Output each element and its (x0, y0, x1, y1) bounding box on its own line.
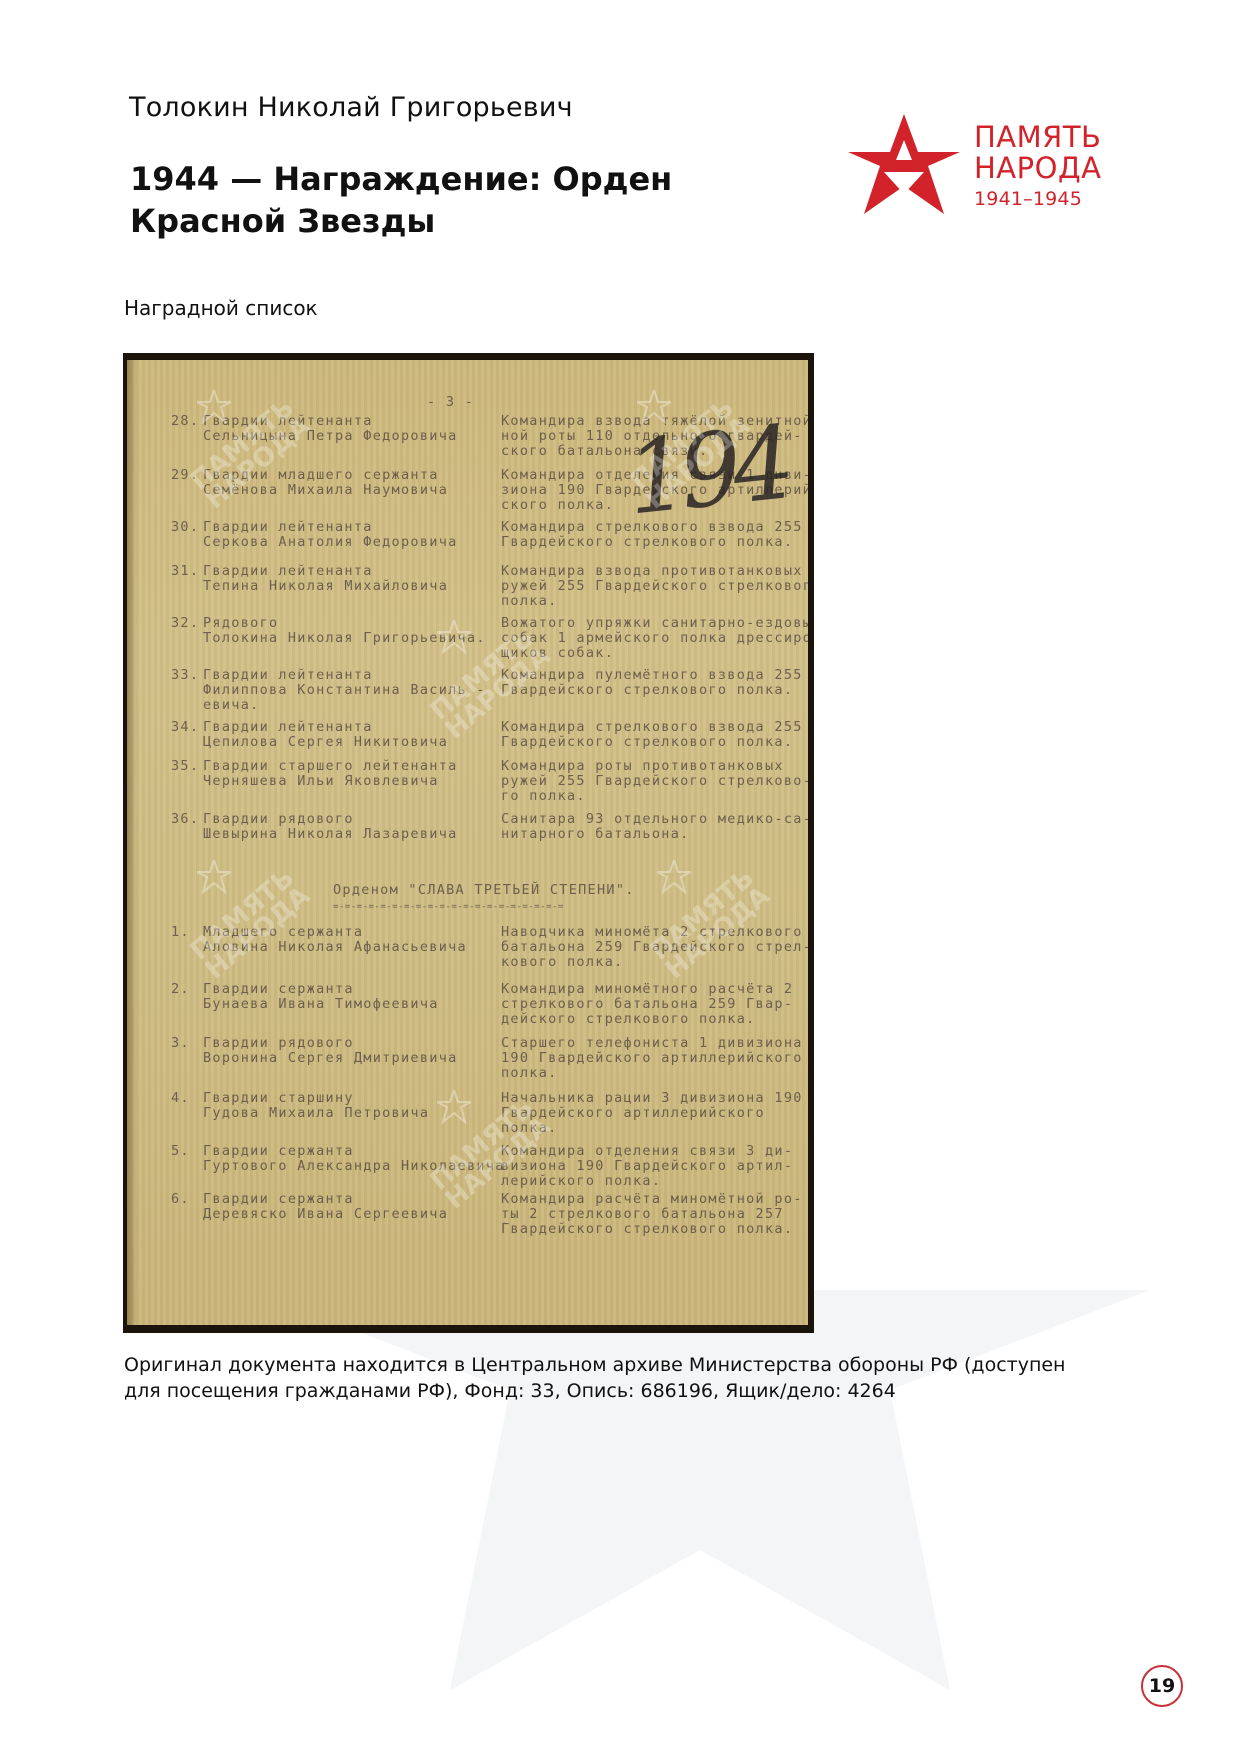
award-list-scan-image: - 3 - 28.Гвардии лейтенанта Сельницына П… (123, 353, 814, 1333)
archive-footnote: Оригинал документа находится в Центральн… (124, 1352, 1104, 1404)
scan-entry-rank-name: Гвардии лейтенанта Серкова Анатолия Федо… (203, 520, 458, 550)
pamyat-naroda-logo[interactable]: ПАМЯТЬ НАРОДА 1941–1945 (848, 112, 1138, 222)
watermark-star-icon (197, 390, 231, 424)
scan-entry-number: 33. (171, 668, 199, 683)
scan-order-rule: =-=-=-=-=-=-=-=-=-=-=-=-=-=-=-=-=-=-=-= (333, 900, 564, 915)
scan-entry-number: 30. (171, 520, 199, 535)
watermark-star-icon (437, 1090, 471, 1124)
scan-entry-rank-name: Гвардии старшего лейтенанта Черняшева Ил… (203, 759, 458, 789)
scan-entry-number: 31. (171, 564, 199, 579)
scan-entry-position: Старшего телефониста 1 дивизиона 190 Гва… (501, 1036, 803, 1081)
scan-entry-rank-name: Гвардии лейтенанта Цепилова Сергея Никит… (203, 720, 448, 750)
scan-entry-number: 36. (171, 812, 199, 827)
scan-entry-position: Командира отделения связи 3 ди- визиона … (501, 1144, 793, 1189)
scan-entry-position: Командира взвода противотанковых ружей 2… (501, 564, 808, 609)
scan-entry-rank-name: Гвардии сержанта Деревяско Ивана Сергеев… (203, 1192, 448, 1222)
award-title: 1944 — Награждение: Орден Красной Звезды (130, 158, 750, 242)
scan-entry-rank-name: Гвардии рядового Шевырина Николая Лазаре… (203, 812, 458, 842)
scan-entry-number: 3. (171, 1036, 190, 1051)
scan-entry-number: 2. (171, 982, 190, 997)
scan-page-number: - 3 - (427, 395, 474, 410)
scan-paper: - 3 - 28.Гвардии лейтенанта Сельницына П… (127, 360, 808, 1325)
watermark-star-icon (637, 390, 671, 424)
scan-entry-number: 34. (171, 720, 199, 735)
scan-entry-number: 35. (171, 759, 199, 774)
red-star-icon (848, 114, 960, 216)
scan-entry-number: 32. (171, 616, 199, 631)
scan-entry-position: Командира миномётного расчёта 2 стрелков… (501, 982, 793, 1027)
logo-years: 1941–1945 (974, 184, 1101, 214)
scan-entry-rank-name: Гвардии рядового Воронина Сергея Дмитрие… (203, 1036, 458, 1066)
scan-entry-number: 4. (171, 1091, 190, 1106)
scan-entry-position: Командира пулемётного взвода 255 Гвардей… (501, 668, 803, 698)
scan-entry-position: Санитара 93 отдельного медико-са- нитарн… (501, 812, 808, 842)
scan-entry-number: 1. (171, 925, 190, 940)
watermark-star-icon (197, 860, 231, 894)
watermark-star-icon (657, 860, 691, 894)
scan-entry-rank-name: Гвардии сержанта Бунаева Ивана Тимофееви… (203, 982, 439, 1012)
scan-entry-rank-name: Гвардии старшину Гудова Михаила Петрович… (203, 1091, 429, 1121)
logo-title-line1: ПАМЯТЬ (974, 122, 1101, 153)
page-number-badge: 19 (1141, 1665, 1183, 1707)
scan-entry-position: Командира стрелкового взвода 255 Гвардей… (501, 720, 803, 750)
scan-entry-position: Командира роты противотанковых ружей 255… (501, 759, 808, 804)
scan-entry-number: 5. (171, 1144, 190, 1159)
scan-entry-number: 6. (171, 1192, 190, 1207)
scan-entry-position: Командира расчёта миномётной ро- ты 2 ст… (501, 1192, 803, 1237)
section-label: Наградной список (124, 296, 318, 320)
scan-order-heading: Орденом "СЛАВА ТРЕТЬЕЙ СТЕПЕНИ". (333, 883, 635, 898)
scan-entry-number: 28. (171, 414, 199, 429)
person-name: Толокин Николай Григорьевич (129, 92, 573, 123)
watermark-star-icon (437, 620, 471, 654)
logo-title-line2: НАРОДА (974, 153, 1101, 184)
scan-entry-rank-name: Гвардии лейтенанта Тепина Николая Михайл… (203, 564, 448, 594)
